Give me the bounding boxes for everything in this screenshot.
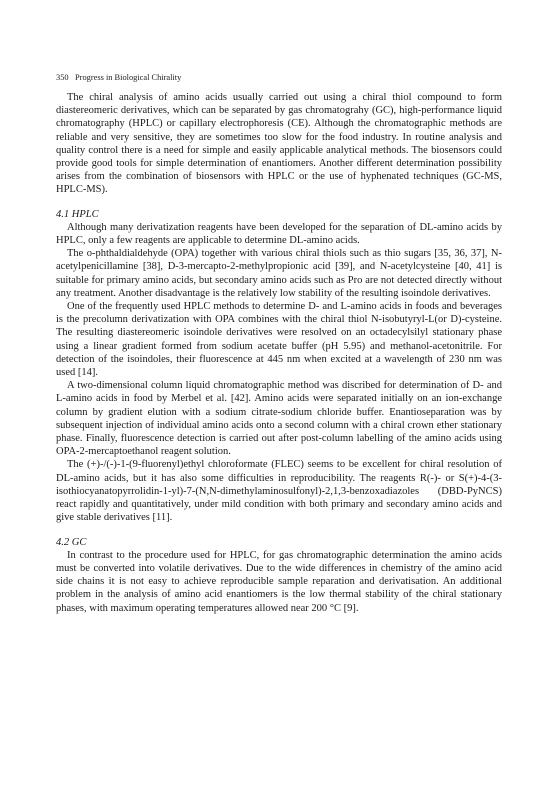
hplc-paragraph-5: The (+)-/(-)-1-(9-fluorenyl)ethyl chloro… <box>56 458 502 524</box>
hplc-paragraph-3: One of the frequently used HPLC methods … <box>56 300 502 379</box>
running-header: 350Progress in Biological Chirality <box>56 72 502 83</box>
document-page: 350Progress in Biological Chirality The … <box>56 72 502 615</box>
hplc-paragraph-1: Although many derivatization reagents ha… <box>56 221 502 247</box>
running-title: Progress in Biological Chirality <box>75 73 181 82</box>
section-heading-gc: 4.2 GC <box>56 536 502 549</box>
page-number: 350 <box>56 72 75 83</box>
section-gc: 4.2 GC In contrast to the procedure used… <box>56 536 502 615</box>
gc-paragraph-1: In contrast to the procedure used for HP… <box>56 549 502 615</box>
hplc-paragraph-4: A two-dimensional column liquid chromato… <box>56 379 502 458</box>
intro-section: The chiral analysis of amino acids usual… <box>56 91 502 197</box>
intro-paragraph: The chiral analysis of amino acids usual… <box>56 91 502 197</box>
section-hplc: 4.1 HPLC Although many derivatization re… <box>56 208 502 525</box>
section-heading-hplc: 4.1 HPLC <box>56 208 502 221</box>
hplc-paragraph-2: The o-phthaldialdehyde (OPA) together wi… <box>56 247 502 300</box>
